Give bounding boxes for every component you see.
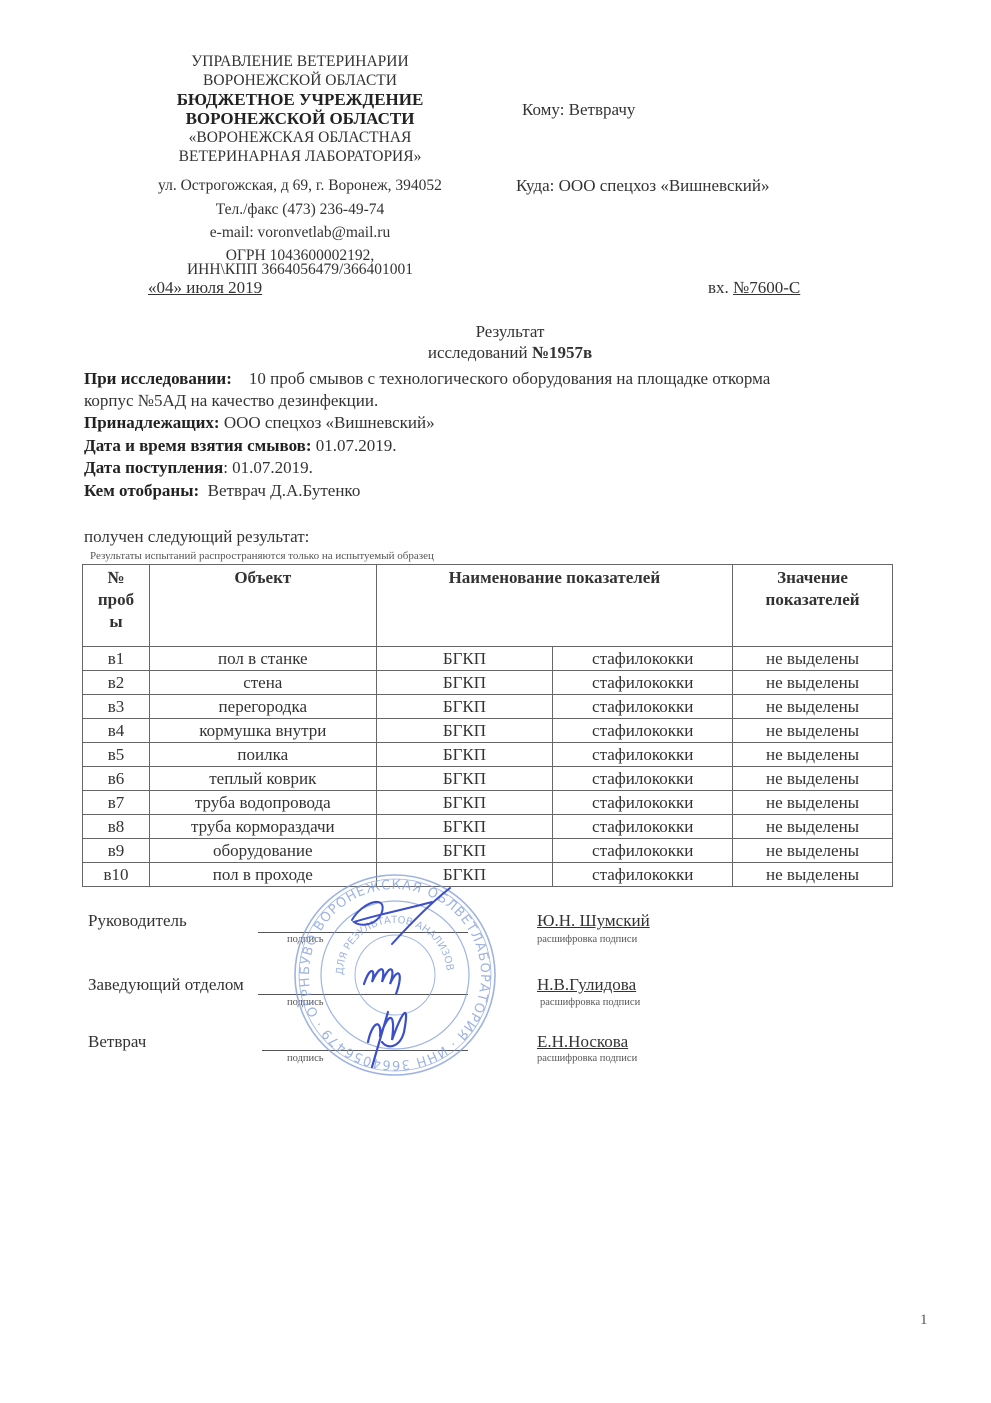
cell-object: труба кормораздачи xyxy=(149,815,376,839)
header-sample-number: № проб ы xyxy=(83,565,150,647)
research-value: 10 проб смывов с технологического оборуд… xyxy=(249,369,770,388)
signature-caption: подпись xyxy=(287,997,324,1008)
table-row: в10пол в проходеБГКПстафилококкине выдел… xyxy=(83,863,893,887)
header-indicators: Наименование показателей xyxy=(376,565,732,647)
cell-num: в7 xyxy=(83,791,150,815)
org-line: ВЕТЕРИНАРНАЯ ЛАБОРАТОРИЯ» xyxy=(100,147,500,166)
signature-caption: подпись xyxy=(287,1053,324,1064)
cell-indicator-2: стафилококки xyxy=(553,863,733,887)
org-line: УПРАВЛЕНИЕ ВЕТЕРИНАРИИ xyxy=(100,52,500,71)
signature-role-dept-head: Заведующий отделом xyxy=(88,975,244,995)
cell-indicator-2: стафилококки xyxy=(553,719,733,743)
org-address: ул. Острогожская, д 69, г. Воронеж, 3940… xyxy=(100,176,500,195)
cell-value: не выделены xyxy=(733,767,893,791)
org-line: БЮДЖЕТНОЕ УЧРЕЖДЕНИЕ xyxy=(100,90,500,109)
signer-name-caption: расшифровка подписи xyxy=(537,1053,637,1064)
title-line-2: исследований №1957в xyxy=(0,342,991,363)
cell-value: не выделены xyxy=(733,647,893,671)
cell-indicator-1: БГКП xyxy=(376,719,553,743)
cell-indicator-1: БГКП xyxy=(376,791,553,815)
results-table: № проб ы Объект Наименование показателей… xyxy=(82,564,893,887)
org-inn-kpp: ИНН\КПП 3664056479/366401001 xyxy=(100,260,500,279)
owner-value: ООО спецхоз «Вишневский» xyxy=(224,413,435,432)
cell-object: кормушка внутри xyxy=(149,719,376,743)
cell-value: не выделены xyxy=(733,815,893,839)
table-row: в7труба водопроводаБГКПстафилококкине вы… xyxy=(83,791,893,815)
signature-role-vet: Ветврач xyxy=(88,1032,146,1052)
cell-indicator-2: стафилококки xyxy=(553,815,733,839)
cell-indicator-2: стафилококки xyxy=(553,695,733,719)
owner-label: Принадлежащих: xyxy=(84,413,220,432)
collector-label: Кем отобраны: xyxy=(84,481,199,500)
header-object: Объект xyxy=(149,565,376,647)
cell-indicator-1: БГКП xyxy=(376,743,553,767)
cell-value: не выделены xyxy=(733,695,893,719)
cell-object: перегородка xyxy=(149,695,376,719)
cell-indicator-1: БГКП xyxy=(376,695,553,719)
cell-object: теплый коврик xyxy=(149,767,376,791)
recipient-to: Кому: Ветврачу xyxy=(522,100,635,120)
cell-value: не выделены xyxy=(733,863,893,887)
official-stamp-icon: БУВО ВОРОНЕЖСКАЯ ОБЛВЕТЛАБОРАТОРИЯ · ИНН… xyxy=(292,872,498,1078)
table-row: в3перегородкаБГКПстафилококкине выделены xyxy=(83,695,893,719)
incoming-number: вх. №7600-С xyxy=(708,278,800,298)
research-info: При исследовании: 10 проб смывов с техно… xyxy=(84,368,770,390)
cell-object: поилка xyxy=(149,743,376,767)
cell-num: в1 xyxy=(83,647,150,671)
title-prefix: исследований xyxy=(428,343,528,362)
cell-value: не выделены xyxy=(733,743,893,767)
cell-num: в9 xyxy=(83,839,150,863)
org-line: «ВОРОНЕЖСКАЯ ОБЛАСТНАЯ xyxy=(100,128,500,147)
cell-num: в10 xyxy=(83,863,150,887)
signer-name-caption: расшифровка подписи xyxy=(540,997,640,1008)
research-number: №1957в xyxy=(532,343,592,362)
receipt-label: Дата поступления xyxy=(84,458,223,477)
table-row: в4кормушка внутриБГКПстафилококкине выде… xyxy=(83,719,893,743)
cell-indicator-1: БГКП xyxy=(376,815,553,839)
cell-object: труба водопровода xyxy=(149,791,376,815)
disclaimer: Результаты испытаний распространяются то… xyxy=(90,550,434,562)
incoming-value: №7600-С xyxy=(733,278,800,297)
cell-indicator-1: БГКП xyxy=(376,839,553,863)
signer-name-dept-head: Н.В.Гулидова xyxy=(537,975,636,995)
org-header: УПРАВЛЕНИЕ ВЕТЕРИНАРИИ ВОРОНЕЖСКОЙ ОБЛАС… xyxy=(100,52,500,166)
cell-num: в8 xyxy=(83,815,150,839)
cell-indicator-1: БГКП xyxy=(376,647,553,671)
sampling-info: Дата и время взятия смывов: 01.07.2019. xyxy=(84,435,397,457)
svg-text:ДЛЯ РЕЗУЛЬТАТОВ АНАЛИЗОВ: ДЛЯ РЕЗУЛЬТАТОВ АНАЛИЗОВ xyxy=(335,915,455,975)
signature-role-head: Руководитель xyxy=(88,911,187,931)
svg-text:БУВО ВОРОНЕЖСКАЯ ОБЛВЕТЛАБОРАТ: БУВО ВОРОНЕЖСКАЯ ОБЛВЕТЛАБОРАТОРИЯ · ИНН… xyxy=(292,872,492,1072)
receipt-info: Дата поступления: 01.07.2019. xyxy=(84,457,313,479)
cell-indicator-1: БГКП xyxy=(376,671,553,695)
cell-num: в3 xyxy=(83,695,150,719)
cell-indicator-2: стафилококки xyxy=(553,671,733,695)
recipient-where: Куда: ООО спецхоз «Вишневский» xyxy=(516,176,769,196)
signer-name-caption: расшифровка подписи xyxy=(537,934,637,945)
org-phone: Тел./факс (473) 236-49-74 xyxy=(100,200,500,219)
cell-value: не выделены xyxy=(733,671,893,695)
sampling-value: 01.07.2019. xyxy=(316,436,397,455)
cell-num: в6 xyxy=(83,767,150,791)
signer-name-vet: Е.Н.Носкова xyxy=(537,1032,628,1052)
sampling-label: Дата и время взятия смывов: xyxy=(84,436,312,455)
org-email[interactable]: e-mail: voronvetlab@mail.ru xyxy=(100,223,500,242)
table-row: в6теплый коврикБГКПстафилококкине выделе… xyxy=(83,767,893,791)
cell-num: в4 xyxy=(83,719,150,743)
cell-object: стена xyxy=(149,671,376,695)
header-value: Значение показателей xyxy=(733,565,893,647)
signature-line xyxy=(258,932,468,933)
org-line: ВОРОНЕЖСКОЙ ОБЛАСТИ xyxy=(100,109,500,128)
cell-value: не выделены xyxy=(733,719,893,743)
cell-indicator-2: стафилококки xyxy=(553,791,733,815)
research-label: При исследовании: xyxy=(84,369,232,388)
document-date: «04» июля 2019 xyxy=(148,278,262,298)
cell-value: не выделены xyxy=(733,791,893,815)
owner-info: Принадлежащих: ООО спецхоз «Вишневский» xyxy=(84,412,435,434)
cell-object: пол в станке xyxy=(149,647,376,671)
cell-value: не выделены xyxy=(733,839,893,863)
cell-num: в5 xyxy=(83,743,150,767)
result-intro: получен следующий результат: xyxy=(84,526,309,548)
table-row: в1пол в станкеБГКПстафилококкине выделен… xyxy=(83,647,893,671)
receipt-value: : 01.07.2019. xyxy=(223,458,313,477)
research-value-cont: корпус №5АД на качество дезинфекции. xyxy=(84,390,378,412)
table-row: в2стенаБГКПстафилококкине выделены xyxy=(83,671,893,695)
incoming-prefix: вх. xyxy=(708,278,729,297)
table-row: в8труба кормораздачиБГКПстафилококкине в… xyxy=(83,815,893,839)
table-header-row: № проб ы Объект Наименование показателей… xyxy=(83,565,893,647)
org-line: ВОРОНЕЖСКОЙ ОБЛАСТИ xyxy=(100,71,500,90)
table-row: в9оборудованиеБГКПстафилококкине выделен… xyxy=(83,839,893,863)
collector-info: Кем отобраны: Ветврач Д.А.Бутенко xyxy=(84,480,360,502)
signer-name-head: Ю.Н. Шумский xyxy=(537,911,650,931)
cell-indicator-1: БГКП xyxy=(376,863,553,887)
signature-caption: подпись xyxy=(287,934,324,945)
document-title: Результат исследований №1957в xyxy=(0,321,991,363)
signature-line xyxy=(262,1050,468,1051)
cell-num: в2 xyxy=(83,671,150,695)
cell-indicator-2: стафилококки xyxy=(553,743,733,767)
cell-indicator-2: стафилококки xyxy=(553,647,733,671)
cell-object: оборудование xyxy=(149,839,376,863)
cell-indicator-2: стафилококки xyxy=(553,767,733,791)
cell-indicator-1: БГКП xyxy=(376,767,553,791)
table-row: в5поилкаБГКПстафилококкине выделены xyxy=(83,743,893,767)
signature-line xyxy=(258,994,468,995)
title-line-1: Результат xyxy=(0,321,991,342)
collector-value: Ветврач Д.А.Бутенко xyxy=(208,481,361,500)
cell-indicator-2: стафилококки xyxy=(553,839,733,863)
cell-object: пол в проходе xyxy=(149,863,376,887)
page-number: 1 xyxy=(920,1312,928,1329)
